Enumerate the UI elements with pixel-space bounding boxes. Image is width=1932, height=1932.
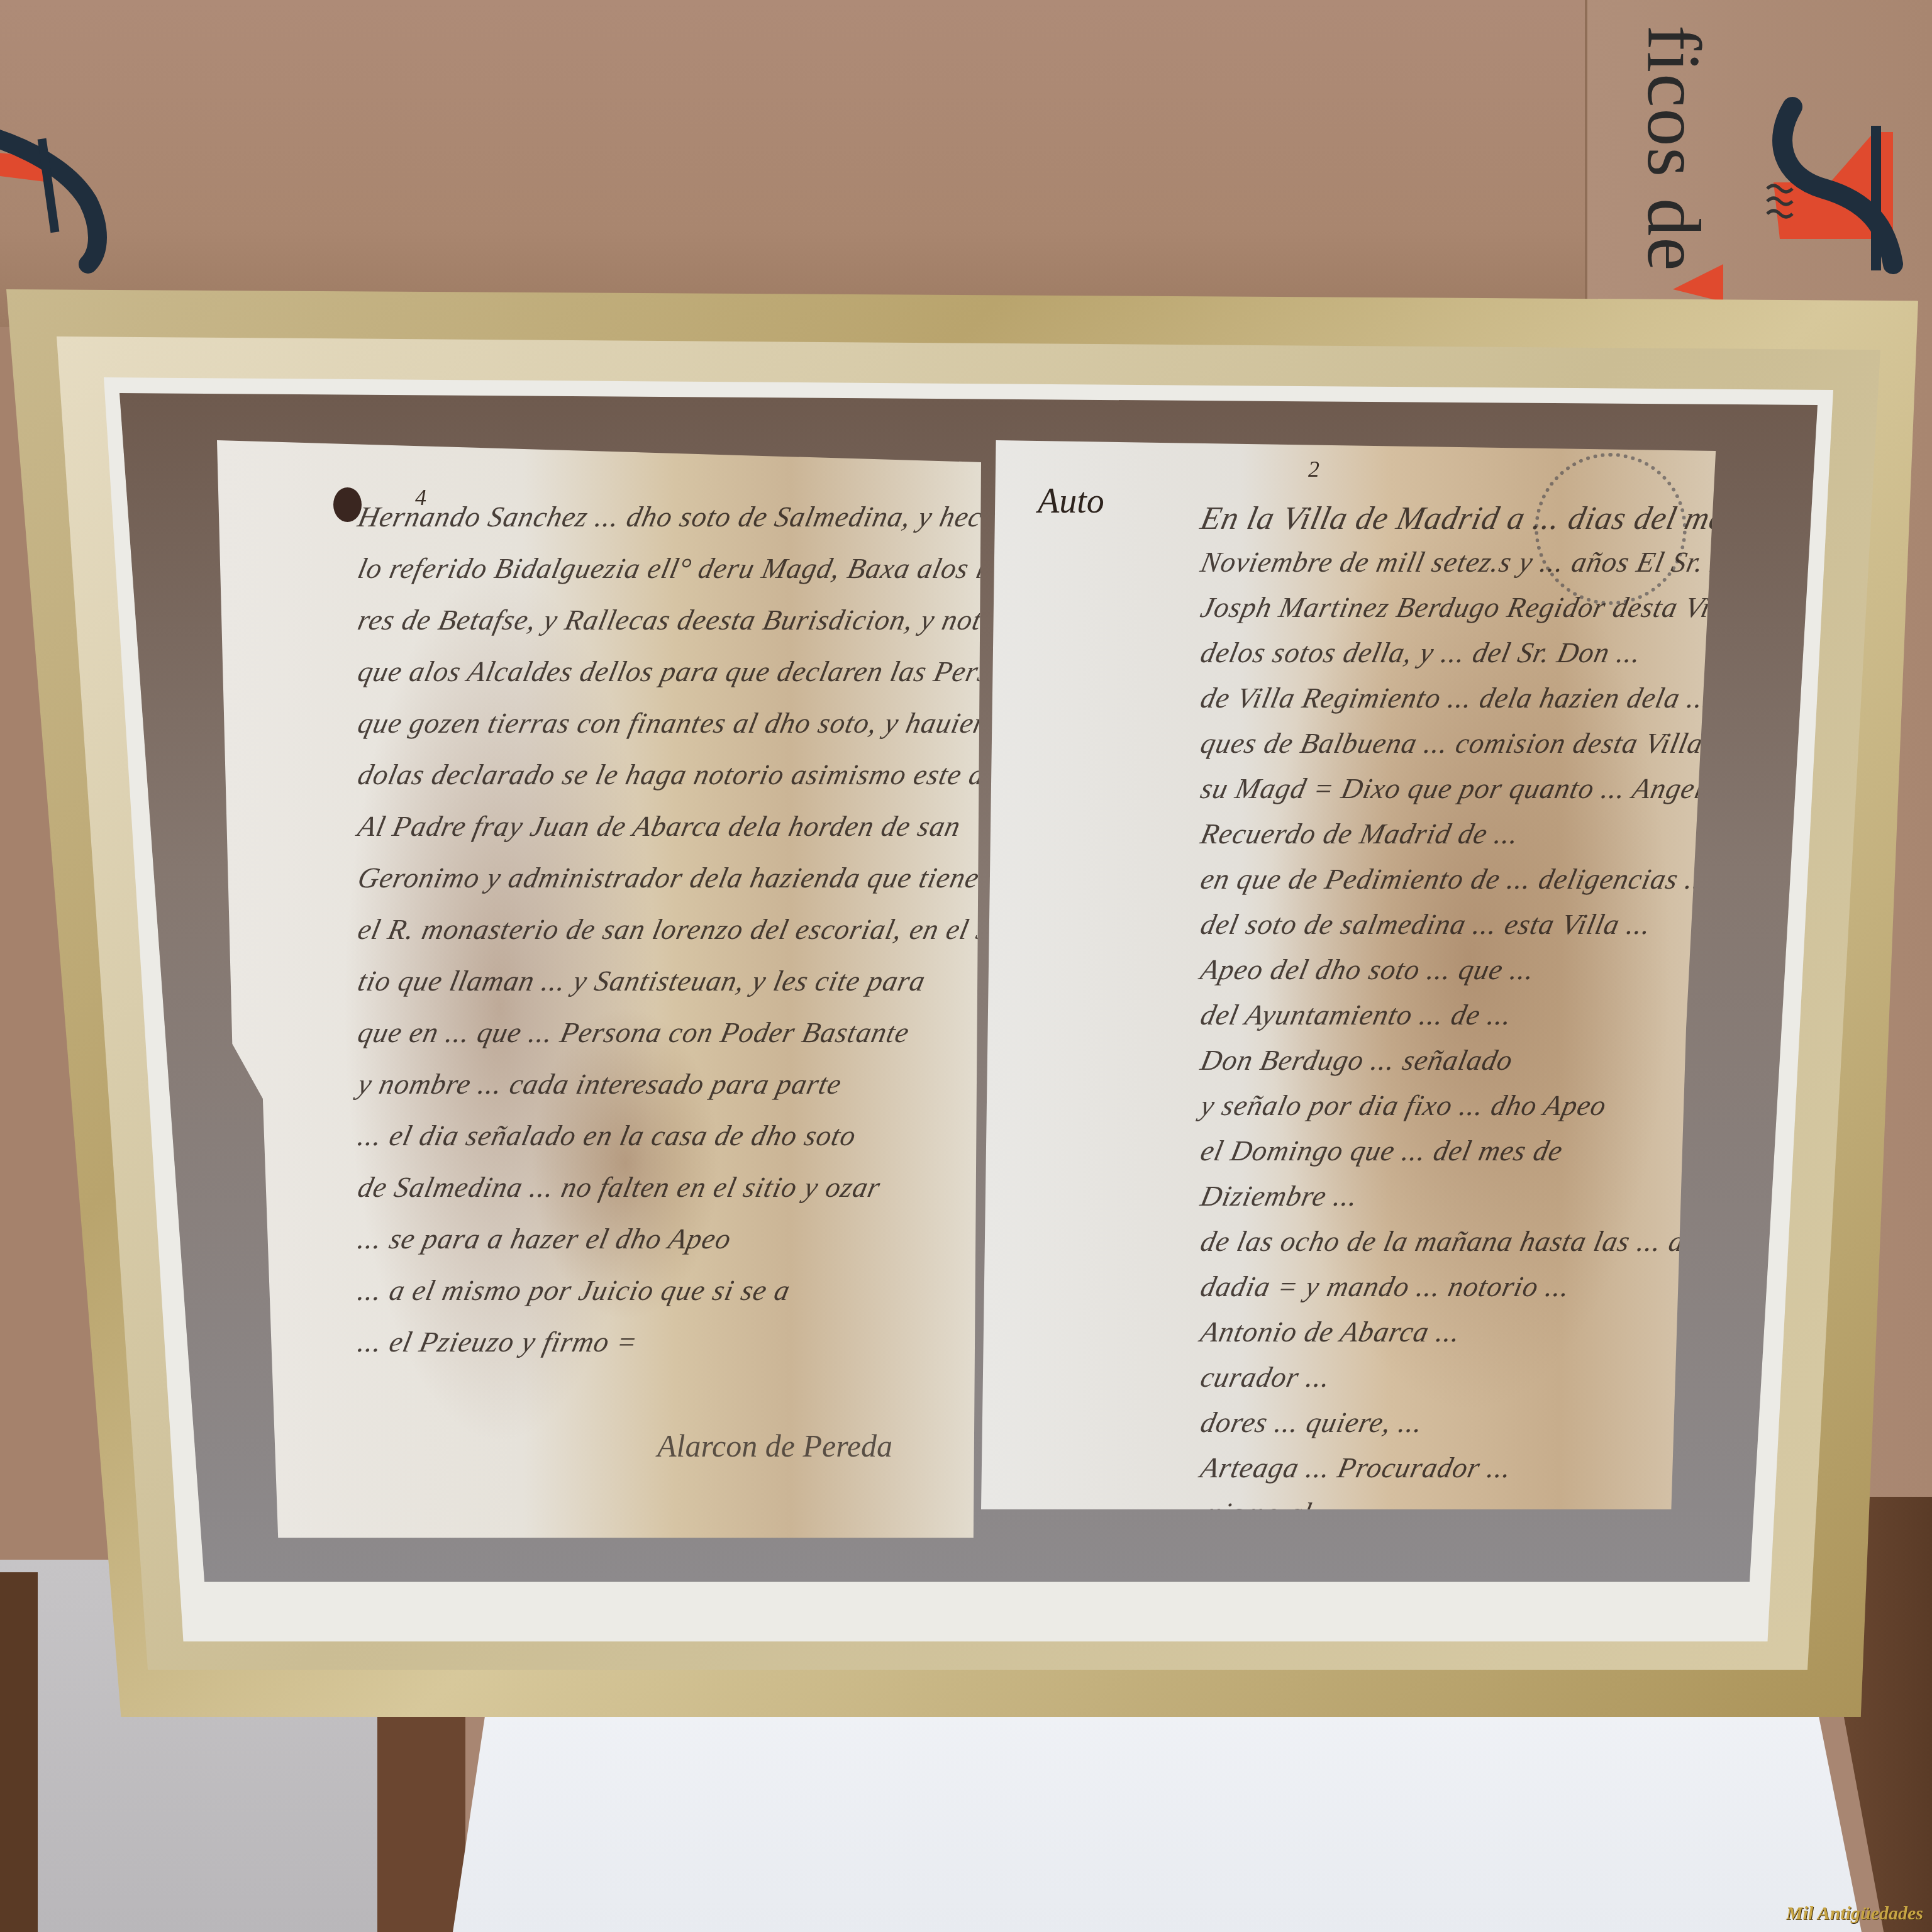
text-line: Don Berdugo ... señalado <box>1197 1043 1516 1077</box>
text-line: Diziembre ... <box>1197 1179 1361 1213</box>
text-line: res de Betafse, y Rallecas deesta Burisd… <box>355 603 1011 636</box>
table-wood-edge <box>0 1572 38 1932</box>
text-line: que alos Alcaldes dellos para que declar… <box>355 655 1050 688</box>
text-line: Al Padre fray Juan de Abarca dela horden… <box>355 809 963 843</box>
text-line: de Villa Regimiento ... dela hazien dela… <box>1197 681 1774 714</box>
text-line: el R. monasterio de san lorenzo del esco… <box>355 913 1001 946</box>
text-line: Hernando Sanchez ... dho soto de Salmedi… <box>355 500 1016 533</box>
text-line: En la Villa de Madrid a ... dias del mes <box>1197 500 1742 537</box>
text-line: que en ... que ... Persona con Poder Bas… <box>355 1016 913 1049</box>
box-printed-text: ficos de <box>1630 25 1717 272</box>
text-line: su Magd = Dixo que por quanto ... Angel <box>1197 772 1707 805</box>
text-line: curador ... <box>1197 1360 1333 1394</box>
ink-blot <box>333 487 362 522</box>
manuscript-page-right: 2 Auto En la Villa de Madrid a ... dias … <box>981 440 1723 1509</box>
text-line: dolas declarado se le haga notorio asimi… <box>355 758 1027 791</box>
text-line: dadia = y mando ... notorio ... <box>1197 1270 1573 1303</box>
manuscript-page-left: 4 Hernando Sanchez ... dho soto de Salme… <box>217 440 981 1538</box>
text-line: Noviembre de mill setez.s y ... años El … <box>1197 545 1767 579</box>
text-line: dores ... quiere, ... <box>1197 1406 1426 1439</box>
photo-scene: ficos de 4 Hernando Sanchez ... dho soto… <box>0 0 1932 1932</box>
folio-number: 2 <box>1308 456 1319 482</box>
text-line: Arteaga ... Procurador ... <box>1197 1451 1514 1484</box>
logo-icon-left <box>0 107 138 283</box>
text-line: tio que llaman ... y Santisteuan, y les … <box>355 964 928 997</box>
margin-note-auto: Auto <box>1038 481 1104 521</box>
text-line: del soto de salmedina ... esta Villa ... <box>1197 908 1654 941</box>
text-line: el Domingo que ... del mes de <box>1197 1134 1566 1167</box>
text-line: de Salmedina ... no falten en el sitio y… <box>355 1170 884 1204</box>
text-line: ques de Balbuena ... comision desta Vill… <box>1197 726 1787 760</box>
text-line: del Ayuntamiento ... de ... <box>1197 998 1515 1031</box>
text-line: Apeo del dho soto ... que ... <box>1197 953 1538 986</box>
text-line: lo referido Bidalguezia ell° deru Magd, … <box>355 552 1043 585</box>
text-line: ... el dia señalado en la casa de dho so… <box>355 1119 859 1152</box>
text-line: y señalo por dia fixo ... dho Apeo <box>1197 1089 1609 1122</box>
text-line: de las ocho de la mañana hasta las ... d… <box>1197 1224 1701 1258</box>
text-line: ... a el mismo por Juicio que si se a <box>355 1274 793 1307</box>
watermark-text: Mil Antigüedades <box>1786 1903 1923 1924</box>
text-line: delos sotos della, y ... del Sr. Don ... <box>1197 636 1645 669</box>
text-line: Geronimo y administrador dela hazienda q… <box>355 861 982 894</box>
signature: Alarcon de Pereda <box>657 1428 892 1464</box>
text-line: en que de Pedimiento de ... deligencias … <box>1197 862 1713 896</box>
text-line: Recuerdo de Madrid de ... <box>1197 817 1522 850</box>
text-line: Antonio de Abarca ... <box>1197 1315 1463 1348</box>
text-line: ... el Pzieuzo y firmo = <box>355 1325 641 1358</box>
text-line: y nombre ... cada interesado para parte <box>355 1067 845 1101</box>
text-line: ... se para a hazer el dho Apeo <box>355 1222 735 1255</box>
text-line: que gozen tierras con finantes al dho so… <box>355 706 1023 740</box>
table-leg <box>377 1698 465 1932</box>
